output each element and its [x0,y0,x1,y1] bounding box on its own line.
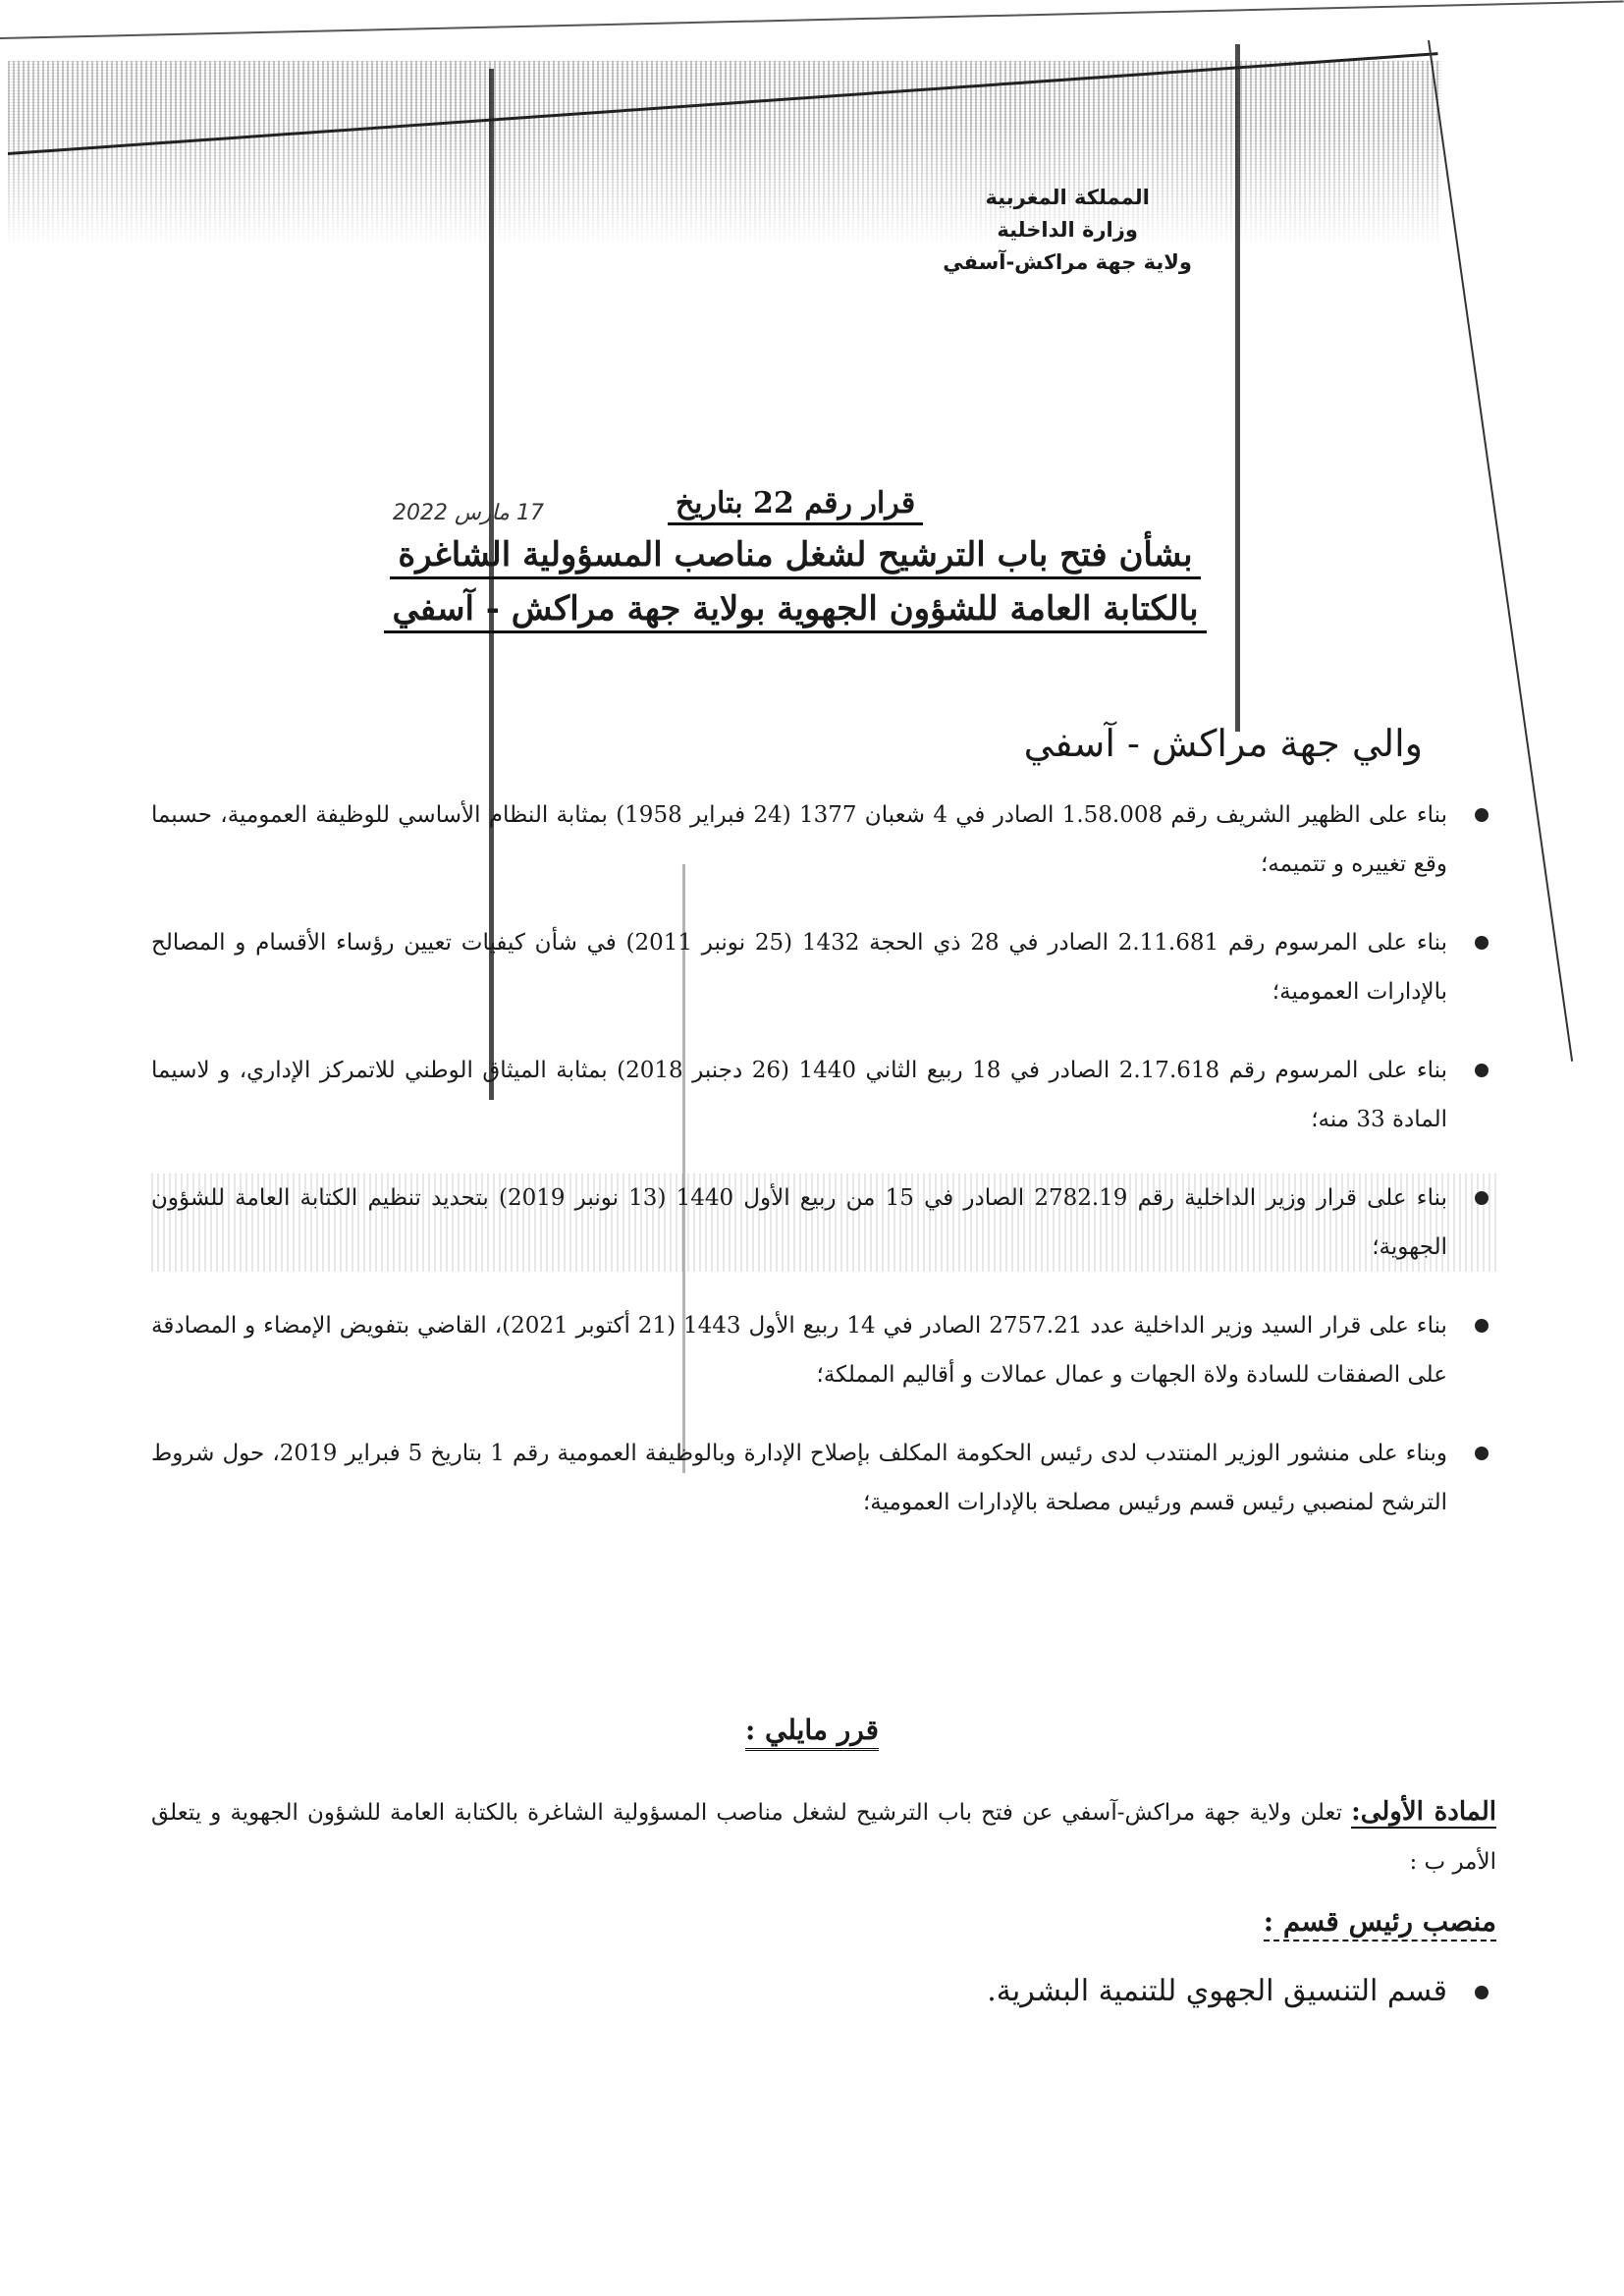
preamble-clause: وبناء على منشور الوزير المنتدب لدى رئيس … [151,1429,1496,1527]
position-heading: منصب رئيس قسم : [1264,1905,1496,1941]
preamble-clause: بناء على المرسوم رقم 2.11.681 الصادر في … [151,918,1496,1016]
preamble-clause: بناء على الظهير الشريف رقم 1.58.008 الصا… [151,791,1496,889]
article-label: المادة الأولى: [1351,1797,1496,1829]
preamble-clauses: بناء على الظهير الشريف رقم 1.58.008 الصا… [151,791,1496,1557]
position-item: قسم التنسيق الجهوي للتنمية البشرية. [987,1974,1496,2008]
bullet-icon [1475,1986,1489,1999]
article-1: المادة الأولى: تعلن ولاية جهة مراكش-آسفي… [151,1787,1496,1886]
preamble-clause: بناء على المرسوم رقم 2.17.618 الصادر في … [151,1046,1496,1144]
kingdom-name: المملكة المغربية [943,182,1192,214]
bullet-icon [1475,936,1489,950]
decision-number: قرار رقم 22 بتاريخ [668,486,923,525]
subject-line-2: بالكتابة العامة للشؤون الجهوية بولاية جه… [384,589,1206,633]
preamble-clause: بناء على قرار وزير الداخلية رقم 2782.19 … [151,1174,1496,1272]
bullet-icon [1475,1191,1489,1205]
article-text: تعلن ولاية جهة مراكش-آسفي عن فتح باب الت… [151,1800,1496,1875]
document-title: قرار رقم 22 بتاريخ بشأن فتح باب الترشيح … [363,486,1227,633]
subject-line-1: بشأن فتح باب الترشيح لشغل مناصب المسؤولي… [390,535,1200,579]
bullet-icon [1475,1319,1489,1333]
issuer-title: والي جهة مراكش - آسفي [1024,722,1423,765]
decides-heading: قرر مايلي : [0,1714,1624,1746]
letterhead: المملكة المغربية وزارة الداخلية ولاية جه… [943,182,1192,279]
wilaya-name: ولاية جهة مراكش-آسفي [943,246,1192,279]
bullet-icon [1475,808,1489,822]
preamble-clause: بناء على قرار السيد وزير الداخلية عدد 27… [151,1301,1496,1399]
decision-document: المملكة المغربية وزارة الداخلية ولاية جه… [0,0,1624,2296]
bullet-icon [1475,1447,1489,1460]
ministry-name: وزارة الداخلية [943,214,1192,246]
bullet-icon [1475,1064,1489,1077]
